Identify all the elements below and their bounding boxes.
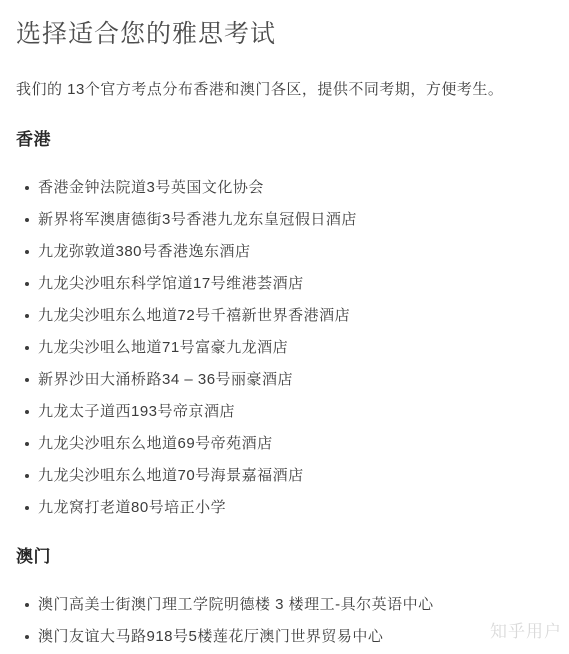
list-item: 新界将军澳唐德街3号香港九龙东皇冠假日酒店 [16,210,553,230]
section-heading-hongkong: 香港 [16,128,553,152]
list-item-text: 九龙尖沙咀东么地道69号帝苑酒店 [38,435,273,452]
list-item-text: 九龙弥敦道380号香港逸东酒店 [38,243,251,260]
list-item: 九龙尖沙咀东科学馆道17号维港荟酒店 [16,274,553,294]
bullet-icon [25,442,29,446]
bullet-icon [25,474,29,478]
list-item: 新界沙田大涌桥路34 – 36号丽豪酒店 [16,370,553,390]
list-item-text: 九龙太子道西193号帝京酒店 [38,403,235,420]
list-item-text: 新界将军澳唐德街3号香港九龙东皇冠假日酒店 [38,211,357,228]
bullet-icon [25,282,29,286]
bullet-icon [25,186,29,190]
bullet-icon [25,635,29,639]
list-item-text: 澳门高美士街澳门理工学院明德楼 3 楼理工-具尔英语中心 [38,596,434,613]
zhihu-user-watermark: 知乎用户 [490,617,562,642]
list-item: 九龙尖沙咀东么地道70号海景嘉福酒店 [16,466,553,486]
section-heading-macau: 澳门 [16,545,553,569]
list-item: 九龙窝打老道80号培正小学 [16,498,553,518]
list-item-text: 九龙尖沙咀东么地道70号海景嘉福酒店 [38,467,304,484]
list-item-text: 九龙窝打老道80号培正小学 [38,499,226,516]
macau-center-list: 澳门高美士街澳门理工学院明德楼 3 楼理工-具尔英语中心 澳门友谊大马路918号… [16,595,553,647]
list-item: 香港金钟法院道3号英国文化协会 [16,178,553,198]
bullet-icon [25,378,29,382]
list-item-text: 澳门友谊大马路918号5楼莲花厅澳门世界贸易中心 [38,628,383,645]
list-item: 九龙弥敦道380号香港逸东酒店 [16,242,553,262]
list-item-text: 新界沙田大涌桥路34 – 36号丽豪酒店 [38,371,293,388]
page-title: 选择适合您的雅思考试 [16,18,553,50]
list-item-text: 九龙尖沙咀东科学馆道17号维港荟酒店 [38,275,304,292]
bullet-icon [25,250,29,254]
bullet-icon [25,410,29,414]
list-item: 九龙尖沙咀么地道71号富豪九龙酒店 [16,338,553,358]
list-item-text: 九龙尖沙咀么地道71号富豪九龙酒店 [38,339,288,356]
list-item-text: 九龙尖沙咀东么地道72号千禧新世界香港酒店 [38,307,350,324]
bullet-icon [25,346,29,350]
bullet-icon [25,506,29,510]
list-item-text: 香港金钟法院道3号英国文化协会 [38,179,264,196]
list-item: 九龙尖沙咀东么地道72号千禧新世界香港酒店 [16,306,553,326]
bullet-icon [25,603,29,607]
bullet-icon [25,218,29,222]
article-page: 选择适合您的雅思考试 我们的 13个官方考点分布香港和澳门各区，提供不同考期，方… [0,0,569,654]
list-item: 九龙尖沙咀东么地道69号帝苑酒店 [16,434,553,454]
list-item: 澳门高美士街澳门理工学院明德楼 3 楼理工-具尔英语中心 [16,595,553,615]
hongkong-center-list: 香港金钟法院道3号英国文化协会 新界将军澳唐德街3号香港九龙东皇冠假日酒店 九龙… [16,178,553,518]
list-item: 九龙太子道西193号帝京酒店 [16,402,553,422]
intro-paragraph: 我们的 13个官方考点分布香港和澳门各区，提供不同考期，方便考生。 [16,79,553,101]
bullet-icon [25,314,29,318]
list-item: 澳门友谊大马路918号5楼莲花厅澳门世界贸易中心 [16,627,553,647]
